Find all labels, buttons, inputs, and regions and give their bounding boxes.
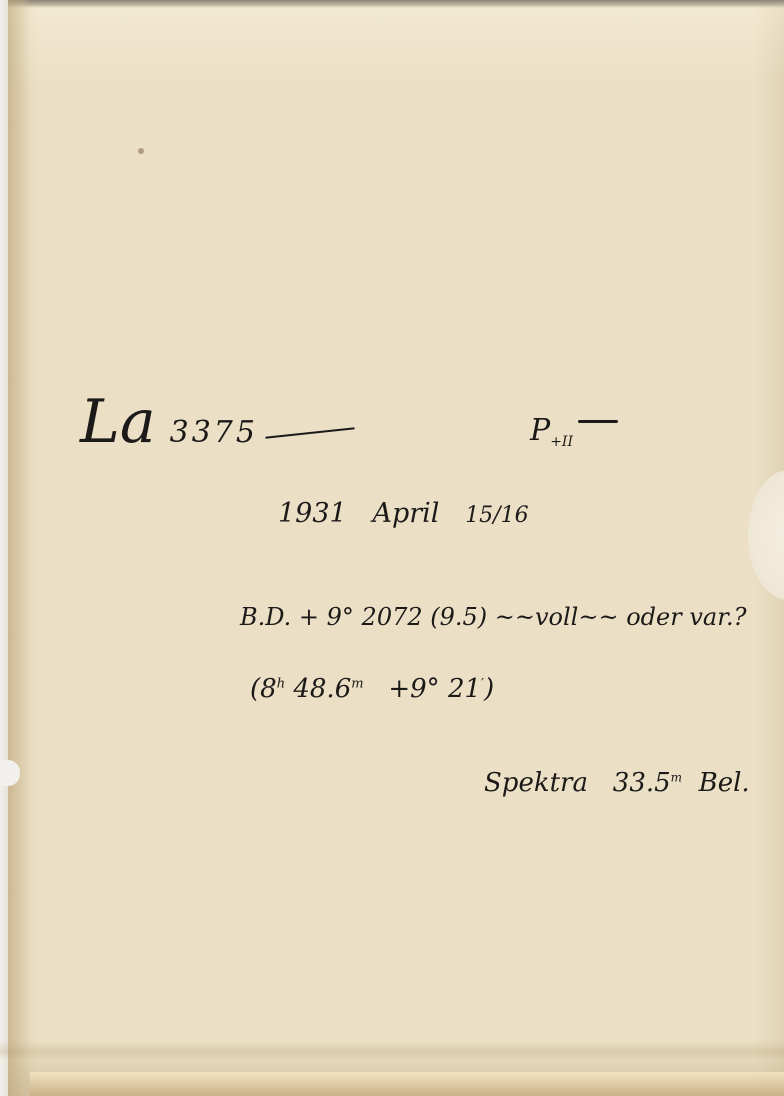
envelope-paper [0,0,784,1096]
observation-date: 1931 April 15/16 [278,500,529,527]
catalog-prefix: La [80,387,156,457]
spectra-suffix: Bel. [699,768,750,798]
date-month: April [372,498,439,529]
spectra-unit: m [671,770,682,784]
coord-open-paren: ( [250,674,260,704]
date-year: 1931 [278,498,347,529]
spectra-note: Spektra 33.5m Bel. [484,770,750,796]
spectra-label: Spektra [484,768,588,798]
ra-minutes-unit: m [351,676,363,691]
bd-designation: B.D. + 9° 2072 (9.5) ~~voll~~ oder var.? [240,605,747,629]
date-days: 15/16 [465,503,528,528]
coord-close-paren: ) [484,674,494,704]
declination: +9° 21 [388,674,481,704]
plate-mark: P+II [530,416,573,449]
catalog-number: 3375 [170,415,258,450]
plate-letter: P [530,413,550,448]
ra-hours-unit: h [277,676,285,691]
top-edge-shadow [0,0,784,8]
coordinates: (8h 48.6m +9° 21′) [250,676,494,702]
plate-overline [578,420,618,423]
bottom-folded-edge [30,1072,784,1096]
ink-spot [138,148,144,154]
scanner-margin [0,0,8,1096]
plate-subscript: +II [550,434,573,450]
left-folded-edge [8,0,30,1096]
ra-minutes: 48.6 [293,674,351,704]
spectra-value: 33.5 [613,768,671,798]
bottom-crease [0,1040,784,1060]
ra-hours: 8 [260,674,277,704]
catalog-designation: La3375 [80,392,258,452]
